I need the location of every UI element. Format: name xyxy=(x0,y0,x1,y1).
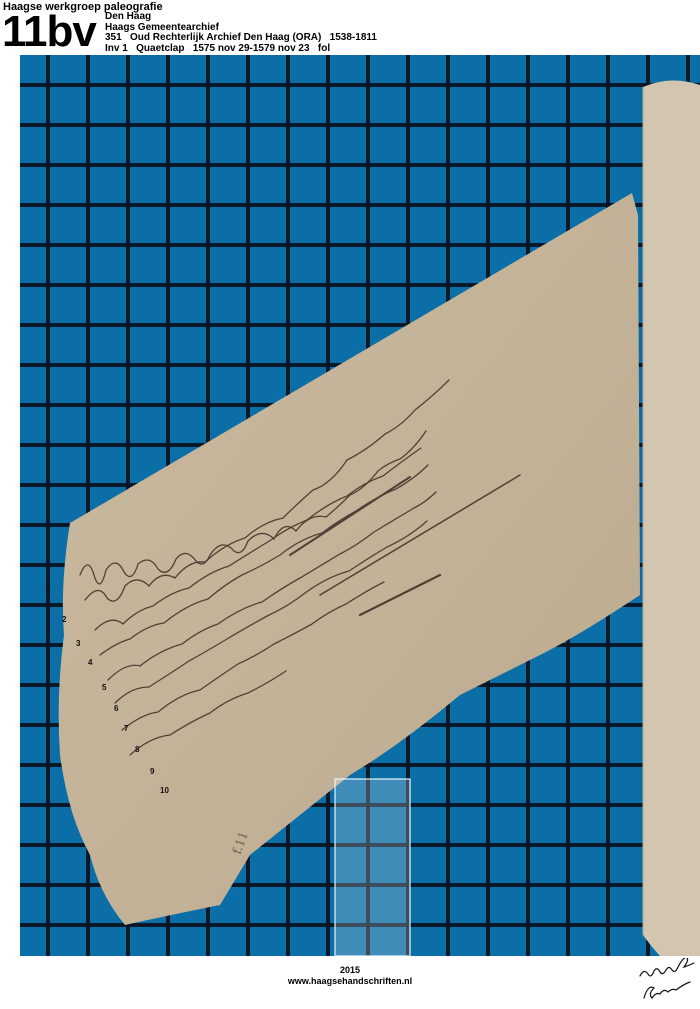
signature-logo xyxy=(636,958,698,1006)
collection: 351 Oud Rechterlijk Archief Den Haag (OR… xyxy=(105,33,377,44)
footer-url[interactable]: www.haagsehandschriften.nl xyxy=(0,976,700,986)
inventory: Inv 1 Quaetclap 1575 nov 29-1579 nov 23 … xyxy=(105,44,377,55)
folio-number: 11bv xyxy=(2,9,96,55)
footer-year: 2015 xyxy=(0,965,700,975)
line-number: 8 xyxy=(135,745,139,754)
manuscript-photo: f.11 1 2 3 4 5 6 7 8 9 10 xyxy=(20,55,700,956)
line-number: 7 xyxy=(124,724,128,733)
line-number: 1 xyxy=(46,584,50,593)
manuscript-illustration: f.11 xyxy=(20,55,700,956)
line-number: 5 xyxy=(102,683,106,692)
line-number: 6 xyxy=(114,704,118,713)
line-number: 9 xyxy=(150,767,154,776)
line-number: 10 xyxy=(160,786,169,795)
line-number: 4 xyxy=(88,658,92,667)
place: Den Haag xyxy=(105,12,377,23)
archive-metadata: Den Haag Haags Gemeentearchief 351 Oud R… xyxy=(105,12,377,54)
line-number: 2 xyxy=(62,615,66,624)
line-number: 3 xyxy=(76,639,80,648)
glass-weight xyxy=(335,779,410,956)
right-page xyxy=(643,80,700,956)
